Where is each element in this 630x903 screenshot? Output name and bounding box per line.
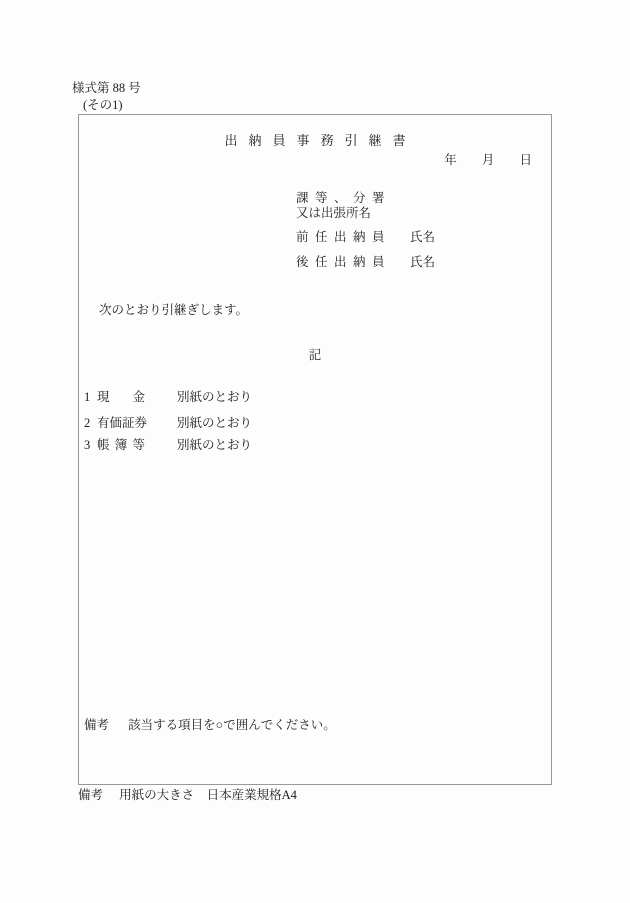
footer-label: 備考 — [78, 788, 103, 802]
remark-text: 該当する項目を○で囲んでください。 — [128, 718, 336, 732]
list-heading-ki: 記 — [79, 348, 551, 362]
item-description: 別紙のとおり — [177, 390, 252, 404]
list-item-securities: 2 有価証券 別紙のとおり — [84, 416, 252, 430]
predecessor-name-field: 氏名 — [410, 230, 435, 244]
item-number: 1 — [84, 390, 97, 404]
item-number: 2 — [84, 416, 97, 430]
item-description: 別紙のとおり — [177, 438, 252, 452]
document-title: 出納員事務引継書 — [79, 134, 551, 148]
date-month-label: 月 — [482, 153, 495, 167]
date-day-label: 日 — [519, 153, 532, 167]
predecessor-label: 前任出納員 — [296, 230, 391, 244]
item-name: 帳 簿 等 — [97, 438, 145, 452]
handover-statement: 次のとおり引継ぎします。 — [99, 303, 248, 317]
footer-text: 用紙の大きさ 日本産業規格A4 — [119, 788, 297, 802]
paper-size-note: 備考 用紙の大きさ 日本産業規格A4 — [78, 788, 297, 802]
list-item-cash: 1 現 金 別紙のとおり — [84, 390, 252, 404]
form-number: 様式第 88 号 — [72, 81, 141, 95]
form-border-box: 出納員事務引継書 年 月 日 課等、分署 又は出張所名 前任出納員 氏名 後任出… — [78, 114, 552, 785]
office-name-block: 課等、分署 又は出張所名 — [296, 191, 391, 221]
list-item-ledgers: 3 帳 簿 等 別紙のとおり — [84, 438, 252, 452]
date-line: 年 月 日 — [79, 153, 551, 167]
item-number: 3 — [84, 438, 97, 452]
remark-label: 備考 — [84, 718, 109, 732]
form-part-label: (その1) — [83, 98, 123, 112]
remark-note: 備考 該当する項目を○で囲んでください。 — [84, 718, 336, 732]
item-description: 別紙のとおり — [177, 416, 252, 430]
document-page: 様式第 88 号 (その1) 出納員事務引継書 年 月 日 課等、分署 又は出張… — [0, 0, 630, 903]
office-line-1: 課等、分署 — [296, 191, 391, 206]
successor-label: 後任出納員 — [296, 255, 391, 269]
date-year-label: 年 — [444, 153, 457, 167]
item-name: 有価証券 — [97, 416, 145, 430]
successor-line: 後任出納員 氏名 — [296, 255, 435, 269]
successor-name-field: 氏名 — [410, 255, 435, 269]
predecessor-line: 前任出納員 氏名 — [296, 230, 435, 244]
office-line-2: 又は出張所名 — [296, 206, 391, 221]
item-name: 現 金 — [97, 390, 145, 404]
